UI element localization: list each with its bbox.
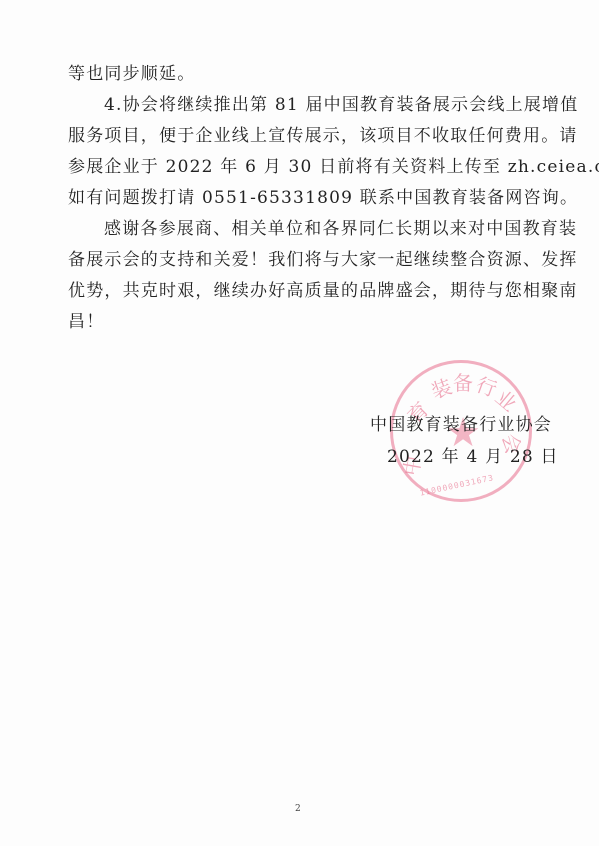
body-line-3: 服务项目，便于企业线上宣传展示，该项目不收取任何费用。请 — [68, 126, 538, 146]
body-line-5: 如有问题拨打请 0551-65331809 联系中国教育装备网咨询。 — [68, 188, 538, 208]
body-line-8: 优势，共克时艰，继续办好高质量的品牌盛会，期待与您相聚南 — [68, 281, 538, 301]
body-line-6: 感谢各参展商、相关单位和各界同仁长期以来对中国教育装 — [104, 219, 574, 239]
body-line-4: 参展企业于 2022 年 6 月 30 日前将有关资料上传至 zh.ceiea.… — [68, 157, 538, 177]
seal-code: 1100000031673 — [419, 473, 495, 498]
page-number: 2 — [295, 804, 301, 814]
signature-date: 2022 年 4 月 28 日 — [387, 447, 559, 467]
document-page: 等也同步顺延。 4.协会将继续推出第 81 届中国教育装备展示会线上展增值 服务… — [0, 0, 599, 846]
body-line-2: 4.协会将继续推出第 81 届中国教育装备展示会线上展增值 — [104, 95, 574, 115]
body-line-7: 备展示会的支持和关爱！我们将与大家一起继续整合资源、发挥 — [68, 250, 538, 270]
signature-organization: 中国教育装备行业协会 — [370, 415, 552, 435]
seal-char: 备 — [453, 367, 473, 396]
body-line-1: 等也同步顺延。 — [68, 64, 538, 84]
seal-char: 装 — [427, 370, 456, 404]
body-line-9: 昌！ — [68, 312, 538, 332]
